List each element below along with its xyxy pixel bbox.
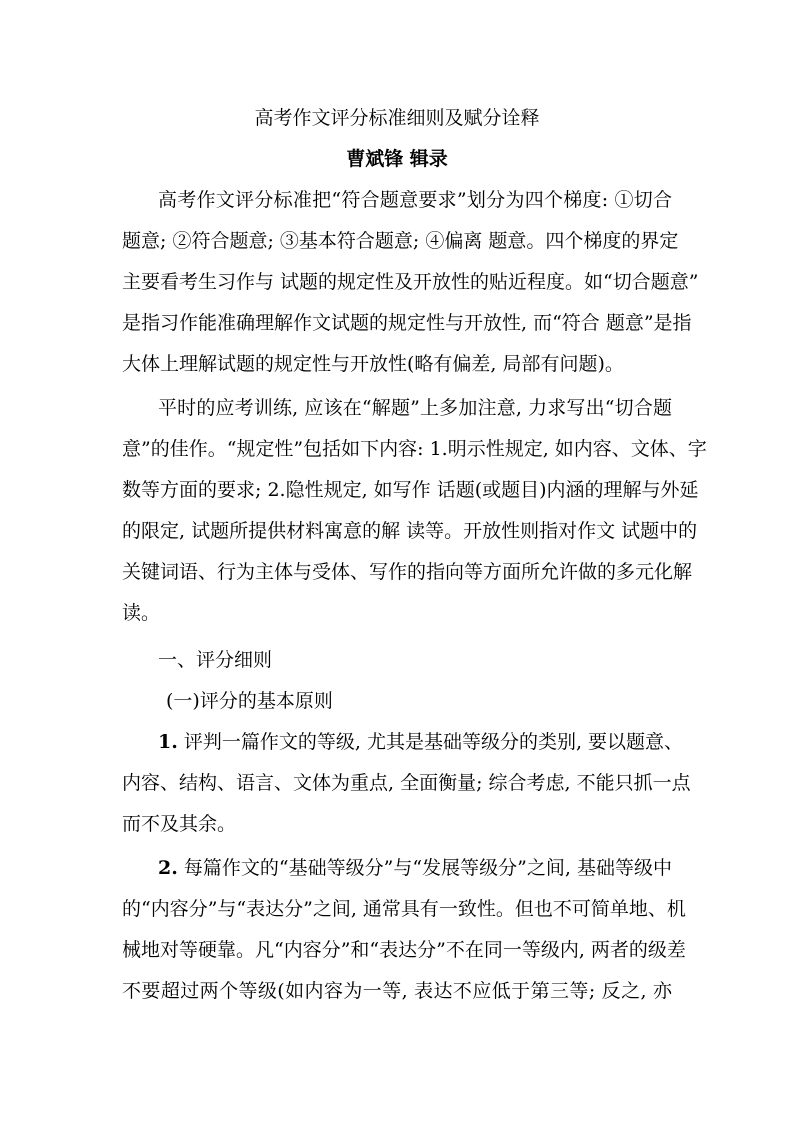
rule-1-text-1: 评判一篇作文的等级, 尤其是基础等级分的类别, 要以题意、	[184, 731, 683, 753]
document-title: 高考作文评分标准细则及赋分诠释	[0, 106, 794, 130]
rule-1-line-1: 1. 评判一篇作文的等级, 尤其是基础等级分的类别, 要以题意、	[158, 730, 672, 754]
intro-line-3: 主要看考生习作与 试题的规定性及开放性的贴近程度。如“切合题意”	[122, 270, 672, 294]
rule-2-line-4: 不要超过两个等级(如内容为一等, 表达不应低于第三等; 反之, 亦	[122, 979, 672, 1003]
subsection-heading: (一)评分的基本原则	[166, 689, 333, 713]
training-line-1: 平时的应考训练, 应该在“解题”上多加注意, 力求写出“切合题	[158, 396, 672, 420]
training-line-4: 的限定, 试题所提供材料寓意的解 读等。开放性则指对作文 试题中的	[122, 519, 672, 543]
training-line-5: 关键词语、行为主体与受体、写作的指向等方面所允许做的多元化解	[122, 560, 672, 584]
intro-line-4: 是指习作能准确理解作文试题的规定性与开放性, 而“符合 题意”是指	[122, 311, 672, 335]
rule-1-number: 1.	[158, 731, 178, 753]
author-line: 曹斌锋 辑录	[0, 147, 794, 171]
rule-1-line-2: 内容、结构、语言、文体为重点, 全面衡量; 综合考虑, 不能只抓一点	[122, 771, 672, 795]
section-heading: 一、评分细则	[158, 648, 272, 672]
rule-2-line-2: 的“内容分”与“表达分”之间, 通常具有一致性。但也不可简单地、机	[122, 897, 672, 921]
training-line-2: 意”的佳作。“规定性”包括如下内容: 1.明示性规定, 如内容、文体、字	[122, 437, 672, 461]
rule-1-line-3: 而不及其余。	[122, 812, 672, 836]
intro-line-2: 题意; ②符合题意; ③基本符合题意; ④偏离 题意。四个梯度的界定	[122, 229, 672, 253]
training-line-3: 数等方面的要求; 2.隐性规定, 如写作 话题(或题目)内涵的理解与外延	[122, 478, 672, 502]
rule-2-line-1: 2. 每篇作文的“基础等级分”与“发展等级分”之间, 基础等级中	[158, 856, 672, 880]
intro-line-5: 大体上理解试题的规定性与开放性(略有偏差, 局部有问题)。	[122, 352, 672, 376]
rule-2-line-3: 械地对等硬靠。凡“内容分”和“表达分”不在同一等级内, 两者的级差	[122, 938, 672, 962]
rule-2-text-1: 每篇作文的“基础等级分”与“发展等级分”之间, 基础等级中	[184, 857, 672, 879]
training-line-6: 读。	[122, 601, 672, 625]
intro-line-1: 高考作文评分标准把“符合题意要求”划分为四个梯度: ①切合	[158, 188, 672, 212]
rule-2-number: 2.	[158, 857, 178, 879]
document-page: 高考作文评分标准细则及赋分诠释 曹斌锋 辑录 高考作文评分标准把“符合题意要求”…	[0, 0, 794, 1123]
